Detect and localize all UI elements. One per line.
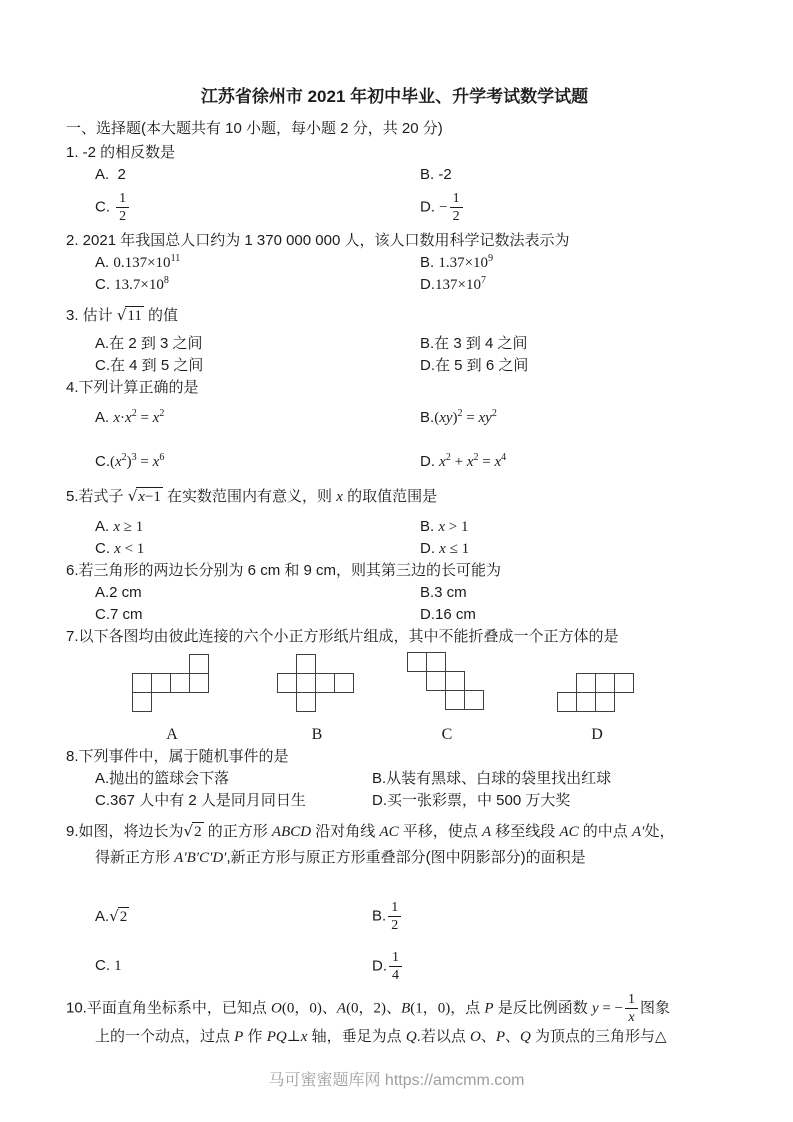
q3-option-c: C.在 4 到 5 之间 xyxy=(95,355,420,377)
net-square xyxy=(334,673,354,693)
q2-option-a: A. 0.137×1011 xyxy=(95,252,420,274)
question-9: 9.如图，将边长为√2 的正方形 ABCD 沿对角线 AC 平移，使点 A 移至… xyxy=(66,818,723,987)
q6-option-b: B.3 cm xyxy=(420,582,467,604)
exam-page: 江苏省徐州市 2021 年初中毕业、升学考试数学试题 一、选择题(本大题共有 1… xyxy=(0,0,793,1122)
q3-option-d: D.在 5 到 6 之间 xyxy=(420,355,528,377)
net-square xyxy=(426,671,446,691)
q4-options-row1: A. x·x2 = x2 B.(xy)2 = xy2 xyxy=(66,403,723,433)
q4-option-a: A. x·x2 = x2 xyxy=(95,407,420,429)
q5-options-row2: C. x < 1 D. x ≤ 1 xyxy=(66,538,723,560)
q5-option-d: D. x ≤ 1 xyxy=(420,538,469,560)
section-header: 一、选择题(本大题共有 10 小题，每小题 2 分，共 20 分) xyxy=(66,118,723,140)
net-square xyxy=(296,692,316,712)
q9-options-row1: A.√2 B.12 xyxy=(66,895,723,937)
net-square xyxy=(445,671,465,691)
q7-stem: 7.以下各图均由彼此连接的六个小正方形纸片组成，其中不能折叠成一个正方体的是 xyxy=(66,626,723,648)
net-square xyxy=(151,673,171,693)
q4-options-row2: C.(x2)3 = x6 D. x2 + x2 = x4 xyxy=(66,447,723,477)
q4-option-d: D. x2 + x2 = x4 xyxy=(420,451,506,473)
q3-stem: 3. 估计 √11 的值 xyxy=(66,302,723,329)
q8-option-d: D.买一张彩票，中 500 万大奖 xyxy=(372,790,570,812)
q3-option-b: B.在 3 到 4 之间 xyxy=(420,333,528,355)
q2-option-d: D.137×107 xyxy=(420,274,486,296)
q3-option-a: A.在 2 到 3 之间 xyxy=(95,333,420,355)
net-square xyxy=(170,673,190,693)
q10-stem-line2: 上的一个动点，过点 P 作 PQ⊥x 轴，垂足为点 Q.若以点 O、P、Q 为顶… xyxy=(66,1026,723,1048)
net-square xyxy=(464,690,484,710)
q1-option-a: A. 2 xyxy=(95,164,420,186)
q2-options-row1: A. 0.137×1011 B. 1.37×109 xyxy=(66,252,723,274)
net-square xyxy=(315,673,335,693)
q4-option-b: B.(xy)2 = xy2 xyxy=(420,407,497,429)
question-6: 6.若三角形的两边长分别为 6 cm 和 9 cm，则其第三边的长可能为 A.2… xyxy=(66,560,723,626)
net-square xyxy=(296,654,316,674)
watermark-footer: 马可蜜蜜题库网 https://amcmm.com xyxy=(0,1070,793,1092)
question-1: 1. -2 的相反数是 A. 2 B. -2 C. 12 D. −12 xyxy=(66,142,723,228)
q6-options-row1: A.2 cm B.3 cm xyxy=(66,582,723,604)
question-5: 5.若式子 √x−1 在实数范围内有意义，则 x 的取值范围是 A. x ≥ 1… xyxy=(66,483,723,560)
figure-label-b: B xyxy=(277,724,357,746)
q1-option-b: B. -2 xyxy=(420,164,452,186)
q4-stem: 4.下列计算正确的是 xyxy=(66,377,723,399)
q9-option-a: A.√2 xyxy=(95,905,372,928)
net-square xyxy=(296,673,316,693)
net-square xyxy=(132,692,152,712)
q8-options-row1: A.抛出的篮球会下落 B.从装有黑球、白球的袋里找出红球 xyxy=(66,768,723,790)
net-square xyxy=(445,690,465,710)
q8-option-a: A.抛出的篮球会下落 xyxy=(95,768,372,790)
figure-label-a: A xyxy=(132,724,212,746)
q5-option-c: C. x < 1 xyxy=(95,538,420,560)
net-square xyxy=(426,652,446,672)
q9-option-c: C. 1 xyxy=(95,955,372,977)
q5-stem: 5.若式子 √x−1 在实数范围内有意义，则 x 的取值范围是 xyxy=(66,483,723,510)
q4-option-c: C.(x2)3 = x6 xyxy=(95,451,420,473)
net-square xyxy=(277,673,297,693)
question-4: 4.下列计算正确的是 A. x·x2 = x2 B.(xy)2 = xy2 C.… xyxy=(66,377,723,477)
question-8: 8.下列事件中，属于随机事件的是 A.抛出的篮球会下落 B.从装有黑球、白球的袋… xyxy=(66,746,723,812)
q3-options-row1: A.在 2 到 3 之间 B.在 3 到 4 之间 xyxy=(66,333,723,355)
q5-option-b: B. x > 1 xyxy=(420,516,468,538)
q8-option-c: C.367 人中有 2 人是同月同日生 xyxy=(95,790,372,812)
q6-options-row2: C.7 cm D.16 cm xyxy=(66,604,723,626)
q2-option-c: C. 13.7×108 xyxy=(95,274,420,296)
figure-label-d: D xyxy=(557,724,637,746)
q9-options-row2: C. 1 D.14 xyxy=(66,945,723,987)
q8-option-b: B.从装有黑球、白球的袋里找出红球 xyxy=(372,768,611,790)
q2-stem: 2. 2021 年我国总人口约为 1 370 000 000 人，该人口数用科学… xyxy=(66,230,723,252)
q9-stem-line2: 得新正方形 A′B′C′D′,新正方形与原正方形重叠部分(图中阴影部分)的面积是 xyxy=(66,845,723,871)
net-square xyxy=(189,654,209,674)
q1-options-row2: C. 12 D. −12 xyxy=(66,186,723,228)
q9-stem-line1: 9.如图，将边长为√2 的正方形 ABCD 沿对角线 AC 平移，使点 A 移至… xyxy=(66,818,723,845)
net-square xyxy=(576,692,596,712)
net-square xyxy=(576,673,596,693)
net-square xyxy=(595,673,615,693)
q10-stem-line1: 10.平面直角坐标系中，已知点 O(0，0)、A(0，2)、B(1，0)，点 P… xyxy=(66,991,723,1026)
q9-option-b: B.12 xyxy=(372,899,403,934)
q8-stem: 8.下列事件中，属于随机事件的是 xyxy=(66,746,723,768)
net-square xyxy=(614,673,634,693)
q2-option-b: B. 1.37×109 xyxy=(420,252,493,274)
q2-options-row2: C. 13.7×108 D.137×107 xyxy=(66,274,723,296)
q1-options-row1: A. 2 B. -2 xyxy=(66,164,723,186)
q9-option-d: D.14 xyxy=(372,949,404,984)
net-square xyxy=(407,652,427,672)
q1-option-c: C. 12 xyxy=(95,190,420,225)
q1-option-d: D. −12 xyxy=(420,190,465,225)
question-10: 10.平面直角坐标系中，已知点 O(0，0)、A(0，2)、B(1，0)，点 P… xyxy=(66,991,723,1048)
q3-options-row2: C.在 4 到 5 之间 D.在 5 到 6 之间 xyxy=(66,355,723,377)
q6-option-d: D.16 cm xyxy=(420,604,476,626)
q1-stem: 1. -2 的相反数是 xyxy=(66,142,723,164)
q5-options-row1: A. x ≥ 1 B. x > 1 xyxy=(66,516,723,538)
net-square xyxy=(557,692,577,712)
q7-figure-row: A B C D xyxy=(66,652,723,746)
question-2: 2. 2021 年我国总人口约为 1 370 000 000 人，该人口数用科学… xyxy=(66,230,723,296)
figure-label-c: C xyxy=(407,724,487,746)
q8-options-row2: C.367 人中有 2 人是同月同日生 D.买一张彩票，中 500 万大奖 xyxy=(66,790,723,812)
q6-stem: 6.若三角形的两边长分别为 6 cm 和 9 cm，则其第三边的长可能为 xyxy=(66,560,723,582)
net-square xyxy=(132,673,152,693)
net-square xyxy=(189,673,209,693)
question-7: 7.以下各图均由彼此连接的六个小正方形纸片组成，其中不能折叠成一个正方体的是 A… xyxy=(66,626,723,746)
net-square xyxy=(595,692,615,712)
q6-option-c: C.7 cm xyxy=(95,604,420,626)
q5-option-a: A. x ≥ 1 xyxy=(95,516,420,538)
q6-option-a: A.2 cm xyxy=(95,582,420,604)
question-3: 3. 估计 √11 的值 A.在 2 到 3 之间 B.在 3 到 4 之间 C… xyxy=(66,302,723,377)
page-title: 江苏省徐州市 2021 年初中毕业、升学考试数学试题 xyxy=(66,84,723,110)
